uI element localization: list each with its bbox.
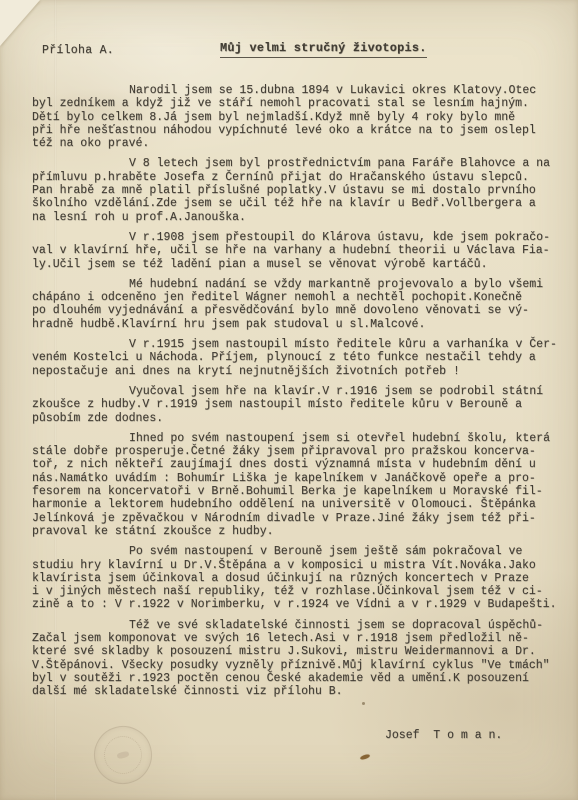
text-line: harmonie a lektorem hudebního oddělení n… (32, 498, 562, 511)
text-line: fesorem na koncervatoři v Brně.Bohumil B… (32, 485, 562, 498)
text-line: Narodil jsem se 15.dubna 1894 v Lukavici… (32, 84, 562, 97)
text-line: pravoval ke státní zkoušce z hudby. (32, 525, 562, 538)
text-line: které své skladby k posouzení mistru J.S… (32, 645, 562, 658)
text-line: nás.Namátko uvádím : Bohumír Liška je ka… (32, 472, 562, 485)
text-line: Pan hrabě za mně platil příslušné poplat… (32, 184, 562, 197)
text-line: stále dobře prosperuje.Četné žáky jsem p… (32, 445, 562, 458)
text-line: po dlouhém vyjednávání a přesvědčování b… (32, 304, 562, 317)
text-line: Jelínková je zpěvačkou v Národním divadl… (32, 512, 562, 525)
text-line: Dětí bylo celkem 8.Já jsem byl nejmladší… (32, 111, 562, 124)
text-line: i v jiných městech naší republiky, též v… (32, 585, 562, 598)
text-line: ly.Učil jsem se též ladění pian a musel … (32, 258, 562, 271)
text-line: V r.1915 jsem nastoupil místo ředitele k… (32, 338, 562, 351)
text-line: studiu hry klavírní u Dr.V.Štěpána a v k… (32, 559, 562, 572)
text-line: přímluvu p.hraběte Josefa z Černínů přij… (32, 171, 562, 184)
paragraph: Též ve své skladatelské činnosti jsem se… (32, 619, 562, 699)
attachment-label: Příloha A. (42, 44, 114, 57)
text-line: veném Kostelci u Náchoda. Příjem, plynou… (32, 351, 562, 364)
text-line: chápáno i odceněno jen ředitel Wágner ne… (32, 291, 562, 304)
text-line: Po svém nastoupení v Berouně jsem ještě … (32, 545, 562, 558)
text-line: zině a to : V r.1922 v Norimberku, v r.1… (32, 598, 562, 611)
text-line: při hře nešťastnou náhodou vypíchnuté le… (32, 124, 562, 137)
text-line: působím zde dodnes. (32, 412, 562, 425)
document-title: Můj velmi stručný životopis. (220, 41, 427, 58)
text-line: Vyučoval jsem hře na klavír.V r.1916 jse… (32, 385, 562, 398)
text-line: na lesní roh u prof.A.Janouška. (32, 211, 562, 224)
signature: Josef T o m a n. (385, 729, 502, 742)
text-line: hradně hudbě.Klavírní hru jsem pak studo… (32, 318, 562, 331)
text-line: Též ve své skladatelské činnosti jsem se… (32, 619, 562, 632)
text-line: Ihned po svém nastoupení jsem si otevřel… (32, 432, 562, 445)
paragraph: V r.1915 jsem nastoupil místo ředitele k… (32, 338, 562, 378)
document-header: Příloha A. Můj velmi stručný životopis. (0, 41, 578, 61)
text-line: V 8 letech jsem byl prostřednictvím pana… (32, 157, 562, 170)
paragraph: V 8 letech jsem byl prostřednictvím pana… (32, 157, 562, 223)
paragraph: Po svém nastoupení v Berouně jsem ještě … (32, 545, 562, 611)
text-line: val v klavírní hře, učil se hře na varha… (32, 244, 562, 257)
text-line: byl v soutěži r.1923 poctěn cenou České … (32, 672, 562, 685)
text-line: byl zedníkem a když již ve stáří nemohl … (32, 97, 562, 110)
text-line: Mé hudební nadání se vždy markantně proj… (32, 278, 562, 291)
round-blind-stamp (88, 720, 158, 790)
paragraph: Ihned po svém nastoupení jsem si otevřel… (32, 432, 562, 538)
text-line: školního vzdělání.Zde jsem se učil též h… (32, 197, 562, 210)
document-page: Příloha A. Můj velmi stručný životopis. … (0, 0, 578, 800)
paper-speck (360, 754, 371, 761)
paragraph: Narodil jsem se 15.dubna 1894 v Lukavici… (32, 84, 562, 150)
page-corner-fold (0, 0, 40, 46)
text-line: klavírista jsem účinkoval a dosud účinku… (32, 572, 562, 585)
paragraph: Vyučoval jsem hře na klavír.V r.1916 jse… (32, 385, 562, 425)
paragraph: Mé hudební nadání se vždy markantně proj… (32, 278, 562, 331)
text-line: též na oko pravé. (32, 137, 562, 150)
text-line: další mé skladatelské činnosti viz přílo… (32, 685, 562, 698)
text-line: nepostačuje ani dnes na krytí nejnutnějš… (32, 365, 562, 378)
paragraph: V r.1908 jsem přestoupil do Klárova ústa… (32, 231, 562, 271)
text-line: Začal jsem komponovat ve svých 16 letech… (32, 632, 562, 645)
text-line: V r.1908 jsem přestoupil do Klárova ústa… (32, 231, 562, 244)
paper-speck (362, 702, 365, 705)
text-line: zkoušce z hudby.V r.1919 jsem nastoupil … (32, 398, 562, 411)
text-line: toř, z nich někteří zaujímají dnes dosti… (32, 458, 562, 471)
document-body: Narodil jsem se 15.dubna 1894 v Lukavici… (32, 84, 562, 705)
text-line: V.Štěpánovi. Všecky posudky vyzněly příz… (32, 659, 562, 672)
